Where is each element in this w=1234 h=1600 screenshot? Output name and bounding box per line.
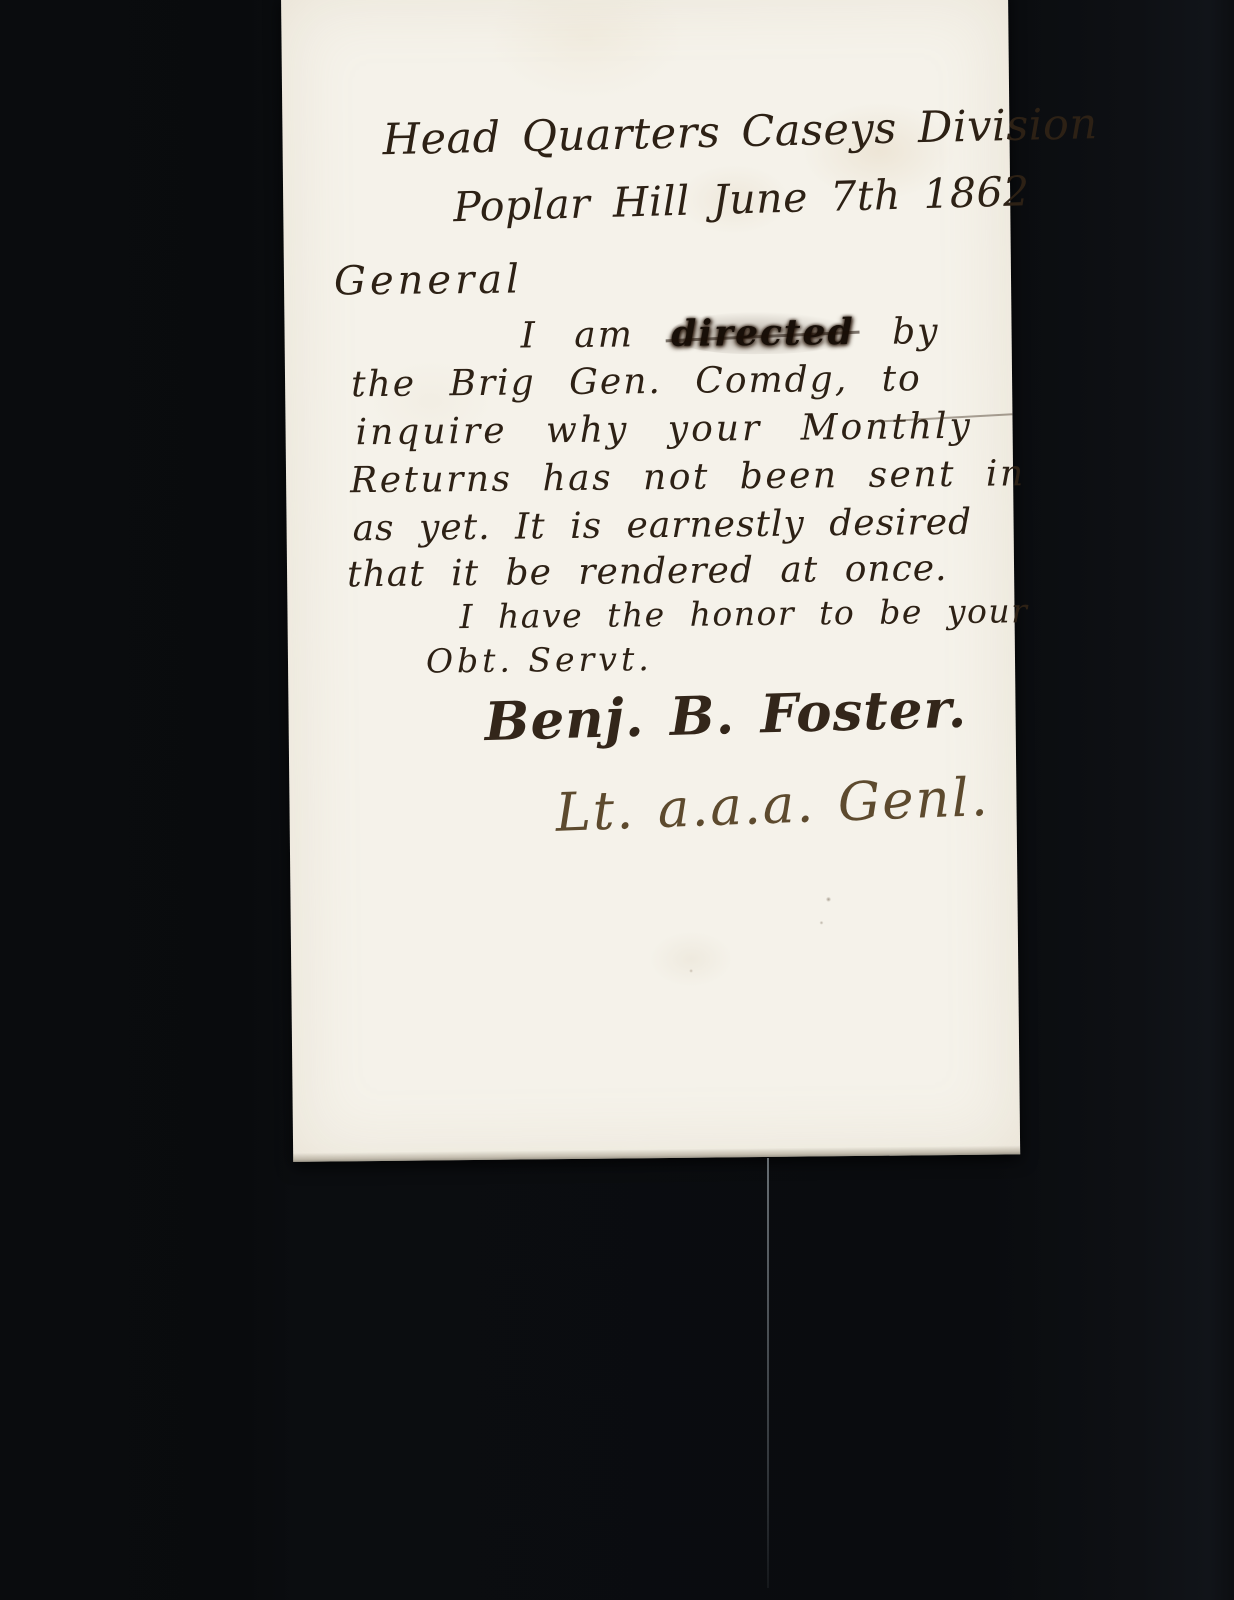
letter-body-line1: I am directed by xyxy=(520,313,939,354)
body-line1-post: by xyxy=(892,311,940,352)
body-line1-blotted-word: directed xyxy=(671,311,855,355)
scan-artifact-line xyxy=(767,1158,769,1588)
signature-name: Benj. B. Foster. xyxy=(484,683,968,749)
letter-closing-line1: I have the honor to be your xyxy=(459,594,1028,633)
letter-heading-line1: Head Quarters Caseys Division xyxy=(382,103,1098,162)
scanned-letter-photo: Head Quarters Caseys Division Poplar Hil… xyxy=(0,0,1234,1600)
letter-heading-line2: Poplar Hill June 7th 1862 xyxy=(453,171,1030,228)
letter-salutation: General xyxy=(334,259,523,301)
letter-body-line3: inquire why your Monthly xyxy=(355,409,973,451)
signature-title: Lt. a.a.a. Genl. xyxy=(555,771,991,840)
letter-page: Head Quarters Caseys Division Poplar Hil… xyxy=(281,0,1020,1162)
letter-body-line4: Returns has not been sent in xyxy=(350,456,1026,499)
letter-body-line2: the Brig Gen. Comdg, to xyxy=(351,361,922,403)
letter-closing-line2: Obt. Servt. xyxy=(426,642,653,677)
letter-body-line6: that it be rendered at once. xyxy=(347,551,948,593)
body-line1-pre: I am xyxy=(520,314,634,356)
letter-body-line5: as yet. It is earnestly desired xyxy=(352,505,972,547)
